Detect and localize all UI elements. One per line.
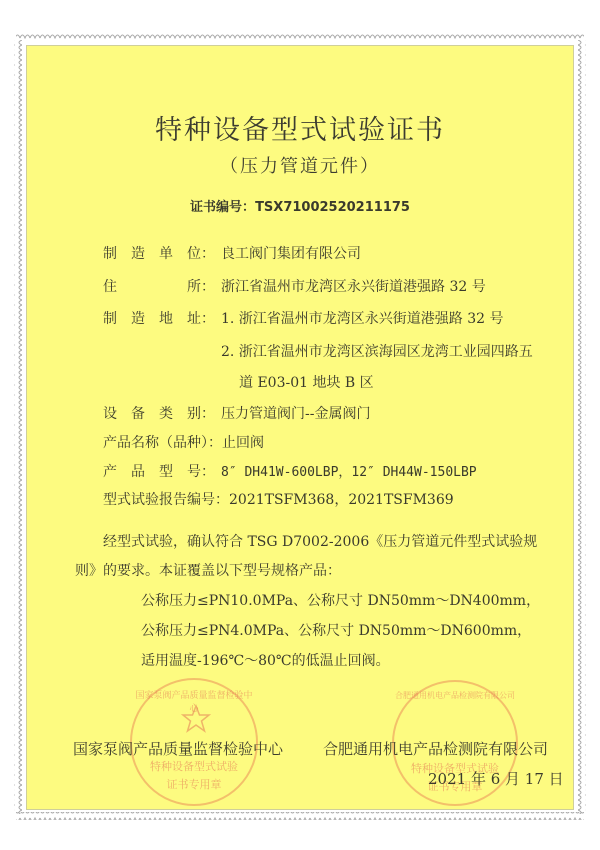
certificate-number-label: 证书编号：	[190, 200, 255, 215]
field-value: 1. 浙江省温州市龙湾区永兴街道港强路 32 号	[221, 311, 504, 327]
left-seal-ring-text: 国家泵阀产品质量监督检验中心	[132, 688, 256, 714]
field-product-name: 产品名称（品种）：止回阀	[103, 432, 264, 452]
certificate-number: 证书编号：TSX71002520211175	[0, 196, 600, 215]
field-product-model: 产 品 型 号：8″ DH41W-600LBP，12″ DH44W-150LBP	[103, 461, 477, 481]
field-label: 型式试验报告编号：	[103, 492, 229, 508]
issuer-left: 国家泵阀产品质量监督检验中心	[73, 738, 283, 759]
statement-line-2: 则》的要求。本证覆盖以下型号规格产品：	[75, 560, 341, 580]
field-label: 产 品 型 号：	[103, 461, 221, 481]
issuer-right: 合肥通用机电产品检测院有限公司	[323, 738, 548, 759]
field-manufacturing-site-1: 制 造 地 址：1. 浙江省温州市龙湾区永兴街道港强路 32 号	[103, 308, 504, 328]
spec-line-2: 公称压力≤PN4.0MPa、公称尺寸 DN50mm～DN600mm，	[141, 620, 531, 640]
field-value: 道 E03-01 地块 B 区	[239, 375, 374, 391]
field-value: 止回阀	[222, 435, 264, 451]
spec-line-1: 公称压力≤PN10.0MPa、公称尺寸 DN50mm～DN400mm，	[141, 590, 540, 610]
field-equipment-category: 设 备 类 别：压力管道阀门--金属阀门	[103, 403, 370, 423]
field-manufacturer: 制 造 单 位：良工阀门集团有限公司	[103, 243, 361, 263]
left-seal-inner-line1: 特种设备型式试验	[132, 758, 256, 774]
certificate-subtitle: （压力管道元件）	[0, 152, 600, 178]
left-seal-inner-line2: 证书专用章	[132, 776, 256, 792]
field-value: 8″ DH41W-600LBP，12″ DH44W-150LBP	[221, 465, 477, 480]
field-test-report-number: 型式试验报告编号：2021TSFM368，2021TSFM369	[103, 489, 454, 509]
field-label: 设 备 类 别：	[103, 403, 221, 423]
certificate-title: 特种设备型式试验证书	[0, 108, 600, 147]
field-label: 制 造 地 址：	[103, 308, 221, 328]
issue-date: 2021 年 6 月 17 日	[428, 768, 564, 789]
field-label: 制 造 单 位：	[103, 243, 221, 263]
field-manufacturing-site-2: 2. 浙江省温州市龙湾区滨海园区龙湾工业园四路五	[221, 341, 533, 361]
field-label: 住 所：	[103, 276, 221, 296]
certificate-number-value: TSX71002520211175	[255, 200, 410, 215]
field-value: 2021TSFM368，2021TSFM369	[229, 492, 454, 508]
field-value: 良工阀门集团有限公司	[221, 246, 361, 262]
spec-line-3: 适用温度-196℃～80℃的低温止回阀。	[141, 650, 390, 670]
field-value: 浙江省温州市龙湾区永兴街道港强路 32 号	[221, 279, 486, 295]
field-value: 压力管道阀门--金属阀门	[221, 406, 370, 422]
right-seal-ring-text: 合肥通用机电产品检测院有限公司	[394, 690, 516, 701]
field-value: 2. 浙江省温州市龙湾区滨海园区龙湾工业园四路五	[221, 344, 533, 360]
field-address: 住 所：浙江省温州市龙湾区永兴街道港强路 32 号	[103, 276, 486, 296]
field-label: 产品名称（品种）：	[103, 435, 222, 451]
statement-line-1: 经型式试验，确认符合 TSG D7002-2006《压力管道元件型式试验规	[103, 531, 537, 551]
field-manufacturing-site-2-cont: 道 E03-01 地块 B 区	[239, 372, 374, 392]
